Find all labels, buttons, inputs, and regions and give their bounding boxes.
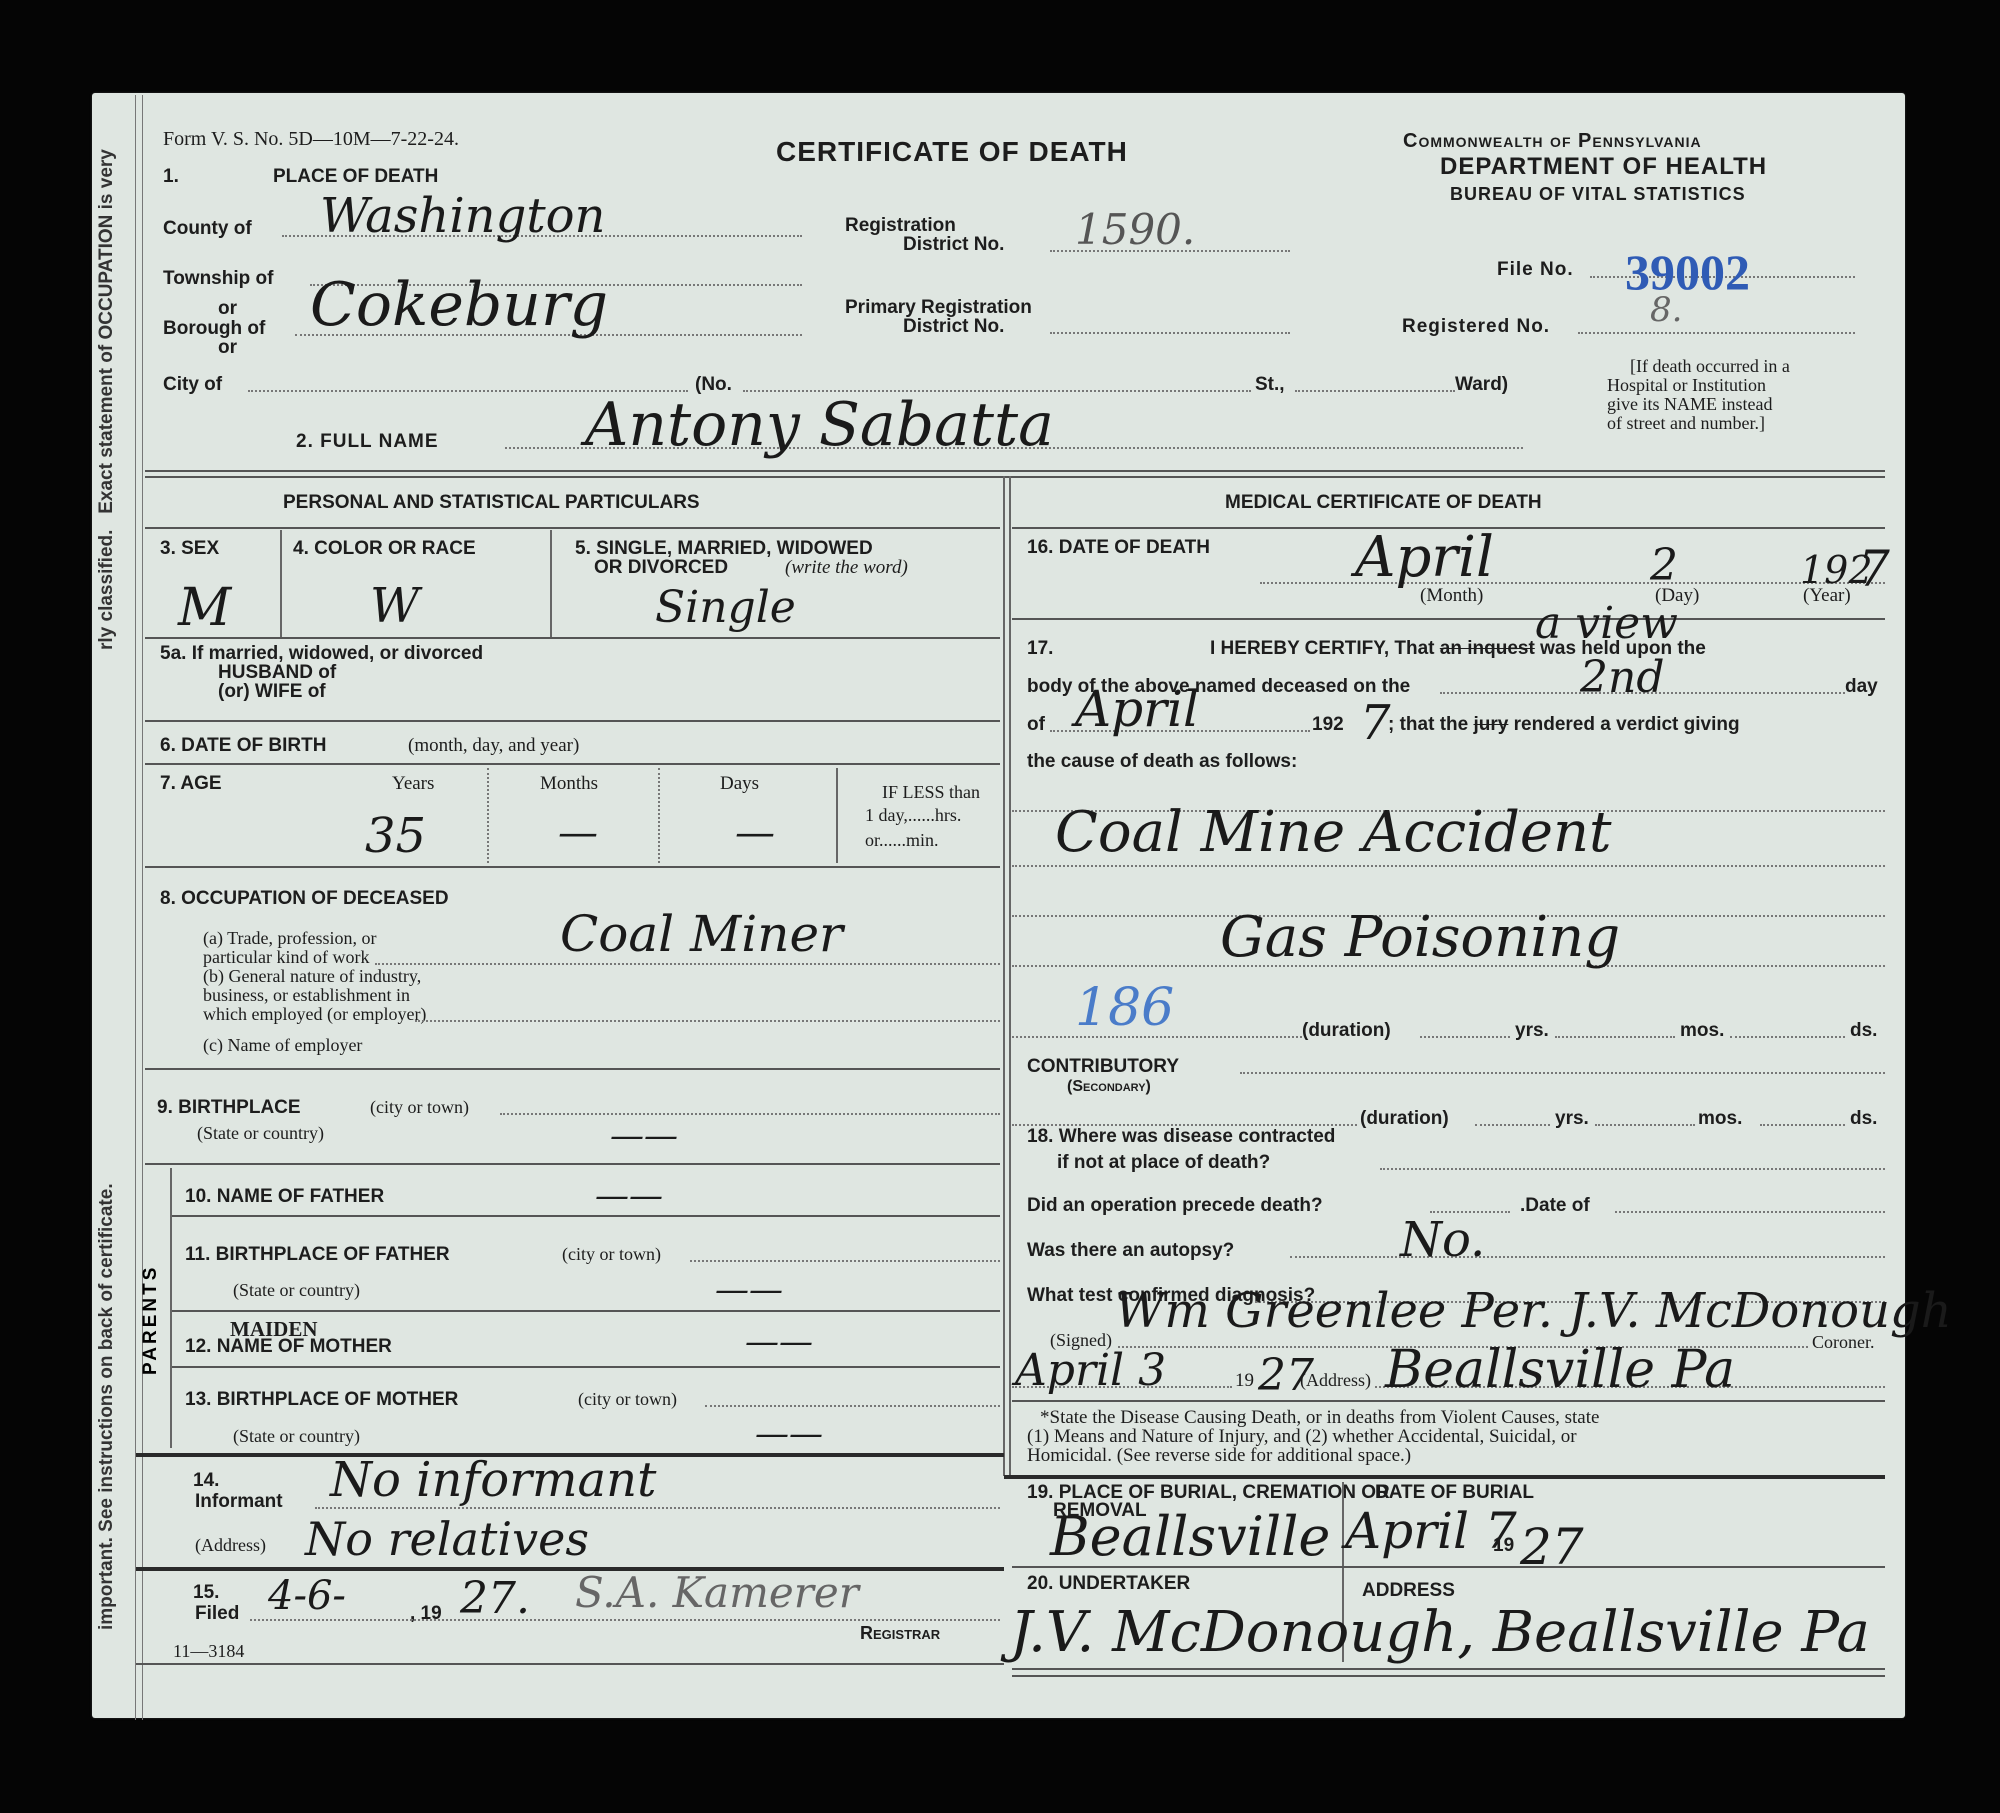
duration-line [1012, 1036, 1302, 1038]
county-label: County of [163, 218, 252, 240]
year-caption: (Year) [1803, 585, 1851, 607]
place-of-death-heading: PLACE OF DEATH [273, 166, 438, 188]
rule [145, 527, 1000, 529]
margin-note-text-1: Exact statement of OCCUPATION is very [96, 149, 117, 514]
duration-line [1595, 1124, 1695, 1126]
mother-birthplace-note: (city or town) [578, 1389, 677, 1410]
cause-line-2: Gas Poisoning [1220, 905, 1620, 970]
days-label: Days [720, 773, 759, 795]
margin-note-text: important. See instructions on back of c… [96, 1183, 117, 1630]
agency-line-2: DEPARTMENT OF HEALTH [1440, 153, 1767, 181]
father-birthplace-note: (city or town) [562, 1244, 661, 1265]
father-birthplace-value: —— [715, 1270, 783, 1310]
filed-number: 15. [193, 1582, 219, 1604]
hospital-note-3: give its NAME instead [1607, 394, 1772, 415]
rule [145, 720, 1000, 722]
signed-year-prefix: 19 [1235, 1370, 1254, 1392]
or-label-2: or [218, 337, 237, 359]
hospital-note-1: [If death occurred in a [1630, 356, 1790, 377]
father-label: 10. NAME OF FATHER [185, 1186, 384, 1208]
ward-label: Ward) [1455, 374, 1508, 396]
hospital-note-4: of street and number.] [1607, 413, 1765, 434]
struck-text: an inquest [1440, 638, 1535, 659]
operation-label: Did an operation precede death? [1027, 1195, 1323, 1217]
occupation-b-1: (b) General nature of industry, [203, 966, 421, 987]
rule [550, 530, 552, 638]
date-of-death-day: 2 [1650, 540, 1678, 591]
certify-month-value: April [1075, 680, 1199, 738]
birthplace-label: 9. BIRTHPLACE [157, 1097, 301, 1119]
township-label: Township of [163, 268, 273, 290]
date-of-death-label: 16. DATE OF DEATH [1027, 537, 1210, 559]
mother-label: 12. NAME OF MOTHER [185, 1336, 392, 1358]
marital-note: (write the word) [785, 557, 908, 579]
county-value: Washington [320, 188, 605, 244]
item-1-number: 1. [163, 166, 179, 188]
footnote-3: Homicidal. (See reverse side for additio… [1027, 1445, 1411, 1467]
rule [145, 866, 1000, 868]
race-label: 4. COLOR OR RACE [293, 538, 476, 560]
registrar-label: Registrar [860, 1623, 940, 1644]
certify-text: I HEREBY CERTIFY, That [1210, 638, 1435, 659]
rule [145, 1068, 1000, 1070]
q18-line [1380, 1168, 1885, 1170]
rule [487, 768, 489, 863]
certify-insertion: a view [1535, 598, 1678, 649]
less-than-2: 1 day,......hrs. [865, 805, 961, 826]
contributory-label: CONTRIBUTORY [1027, 1056, 1179, 1078]
q18-label-2: if not at place of death? [1057, 1152, 1270, 1174]
certify-of-label: of [1027, 714, 1045, 736]
informant-value: No informant [330, 1452, 656, 1508]
autopsy-line [1290, 1256, 1885, 1258]
birthplace-note: (city or town) [370, 1097, 469, 1118]
marital-value: Single [655, 582, 796, 633]
registrar-signature: S.A. Kamerer [575, 1568, 859, 1617]
duration-label: (duration) [1302, 1020, 1391, 1042]
margin-rule [142, 95, 143, 1720]
primary-district-label: District No. [903, 316, 1004, 338]
occupation-c: (c) Name of employer [203, 1035, 362, 1056]
mos-label: mos. [1680, 1020, 1724, 1042]
month-caption: (Month) [1420, 585, 1483, 607]
rule [145, 1163, 1000, 1165]
undertaker-value: J.V. McDonough, Beallsville Pa [1010, 1600, 1870, 1665]
margin-rule [135, 95, 136, 1720]
column-divider [1003, 476, 1005, 1476]
date-of-death-month: April [1355, 525, 1494, 590]
filed-year: 27. [460, 1573, 530, 1624]
spouse-label-3: (or) WIFE of [218, 681, 326, 703]
date-of-death-line [1260, 582, 1885, 584]
father-birthplace-line [690, 1260, 1000, 1262]
signed-address-value: Beallsville Pa [1385, 1340, 1735, 1400]
file-number-label: File No. [1497, 259, 1574, 281]
race-value: W [370, 578, 419, 634]
certify-text: ; that the [1388, 714, 1468, 735]
mother-birthplace-line [705, 1405, 1000, 1407]
sex-label: 3. SEX [160, 538, 219, 560]
registered-number-value: 8. [1650, 290, 1682, 330]
rule [1004, 1475, 1885, 1479]
q18-label-1: 18. Where was disease contracted [1027, 1126, 1335, 1148]
rule [280, 530, 282, 638]
signed-date: April 3 [1015, 1345, 1166, 1396]
age-months-value: — [558, 810, 598, 856]
filed-line [250, 1619, 1000, 1621]
certify-line-3: ; that the jury rendered a verdict givin… [1388, 714, 1740, 736]
occupation-value: Coal Miner [560, 905, 843, 963]
medical-heading: MEDICAL CERTIFICATE OF DEATH [1225, 492, 1542, 514]
father-birthplace-state: (State or country) [233, 1280, 360, 1301]
parents-label: PARENTS [140, 1265, 162, 1375]
occupation-a-1: (a) Trade, profession, or [203, 928, 376, 949]
rule [1012, 618, 1885, 620]
file-number-stamp: 39002 [1625, 243, 1750, 301]
street-label: St., [1255, 374, 1285, 396]
burial-place-value: Beallsville [1050, 1505, 1330, 1568]
dob-label: 6. DATE OF BIRTH [160, 735, 326, 757]
dob-note: (month, day, and year) [408, 735, 579, 757]
certify-number: 17. [1027, 638, 1053, 660]
rule [172, 1215, 1000, 1217]
mother-birthplace-state: (State or country) [233, 1426, 360, 1447]
city-label: City of [163, 374, 222, 396]
form-number: Form V. S. No. 5D—10M—7-22-24. [163, 128, 459, 151]
duration-line [1730, 1036, 1845, 1038]
mother-birthplace-label: 13. BIRTHPLACE OF MOTHER [185, 1389, 458, 1411]
burial-date-value: April 7 [1345, 1502, 1517, 1560]
certify-day-label: day [1845, 676, 1878, 698]
rule [172, 1366, 1000, 1368]
duration-line [1420, 1036, 1510, 1038]
agency-line-1: Commonwealth of Pennsylvania [1403, 130, 1702, 153]
registration-district-label: District No. [903, 234, 1004, 256]
birthplace-line [500, 1113, 1000, 1115]
operation-date-label: .Date of [1520, 1195, 1590, 1217]
certify-day-value: 2nd [1580, 652, 1665, 703]
months-label: Months [540, 773, 598, 795]
secondary-label: (Secondary) [1067, 1078, 1151, 1096]
autopsy-label: Was there an autopsy? [1027, 1240, 1234, 1262]
occupation-b-line [415, 1020, 1000, 1022]
borough-value: Cokeburg [310, 270, 608, 340]
mother-value: —— [745, 1322, 813, 1362]
date-of-death-year: 7 [1858, 540, 1890, 598]
contributory-line [1240, 1072, 1885, 1074]
yrs-label: yrs. [1515, 1020, 1549, 1042]
years-label: Years [392, 773, 434, 795]
autopsy-value: No. [1400, 1212, 1485, 1268]
rule [136, 1663, 1004, 1665]
duration-label-2: (duration) [1360, 1108, 1449, 1130]
coroner-label: Coroner. [1812, 1332, 1875, 1353]
form-code: 11—3184 [173, 1641, 244, 1662]
certify-year-value: 7 [1360, 695, 1391, 751]
informant-number: 14. [193, 1470, 219, 1492]
sex-value: M [178, 578, 231, 638]
rule [658, 768, 660, 863]
undertaker-label: 20. UNDERTAKER [1027, 1573, 1190, 1595]
duration-line [1760, 1124, 1845, 1126]
signed-address-label: (Address) [1300, 1370, 1371, 1391]
yrs-label-2: yrs. [1555, 1108, 1589, 1130]
page-title: CERTIFICATE OF DEATH [776, 136, 1128, 168]
rule [136, 1567, 1004, 1571]
borough-label: Borough of [163, 318, 265, 340]
occupation-b-2: business, or establishment in [203, 985, 410, 1006]
burial-date-label: DATE OF BURIAL [1375, 1482, 1534, 1504]
registered-number-label: Registered No. [1402, 316, 1550, 338]
occupation-label: 8. OCCUPATION OF DECEASED [160, 888, 449, 910]
struck-text: jury [1474, 714, 1509, 735]
or-label: or [218, 298, 237, 320]
filed-label: Filed [195, 1603, 239, 1625]
column-divider [1009, 476, 1011, 1476]
informant-label: Informant [195, 1491, 283, 1513]
age-label: 7. AGE [160, 773, 222, 795]
hospital-note-2: Hospital or Institution [1607, 375, 1766, 396]
registration-district-value: 1590. [1075, 205, 1195, 254]
rule [1012, 1566, 1885, 1568]
margin-note-prefix: rly classified. [96, 530, 117, 650]
birthplace-value: —— [610, 1116, 678, 1156]
section-divider [145, 470, 1885, 472]
informant-address-value: No relatives [305, 1512, 589, 1566]
mos-label-2: mos. [1698, 1108, 1742, 1130]
personal-heading: PERSONAL AND STATISTICAL PARTICULARS [283, 492, 700, 514]
rule [836, 768, 838, 863]
rule [170, 1168, 172, 1448]
cause-line [1012, 865, 1885, 867]
ward-line [1295, 390, 1455, 392]
margin-note-line2: important. See instructions on back of c… [96, 1183, 118, 1630]
registered-number-line [1578, 332, 1855, 334]
occupation-a-2: particular kind of work [203, 947, 369, 968]
duration-line [1555, 1036, 1675, 1038]
blue-annotation: 186 [1075, 978, 1174, 1038]
margin-note-line1: rly classified. Exact statement of OCCUP… [96, 149, 118, 650]
rule [172, 1310, 1000, 1312]
cause-line-1: Coal Mine Accident [1055, 800, 1612, 865]
full-name-label: 2. FULL NAME [296, 431, 439, 453]
coroner-signature: Wm Greenlee Per. J.V. McDonough [1115, 1283, 1952, 1339]
primary-district-line [1050, 332, 1290, 334]
operation-date-line [1615, 1211, 1885, 1213]
less-than-3: or......min. [865, 830, 939, 851]
section-divider [145, 476, 1885, 478]
certify-text: rendered a verdict giving [1514, 714, 1740, 735]
duration-line [1475, 1124, 1550, 1126]
rule [1012, 1668, 1885, 1670]
age-days-value: — [735, 810, 775, 856]
age-years-value: 35 [365, 808, 426, 864]
rule [145, 637, 1000, 639]
undertaker-address-label: ADDRESS [1362, 1580, 1455, 1602]
burial-year-prefix: 19 [1493, 1535, 1514, 1557]
certify-year-prefix: 192 [1312, 714, 1344, 736]
father-birthplace-label: 11. BIRTHPLACE OF FATHER [185, 1244, 450, 1266]
certify-line-4: the cause of death as follows: [1027, 751, 1297, 773]
agency-line-3: BUREAU OF VITAL STATISTICS [1450, 184, 1746, 205]
filed-date: 4-6- [268, 1573, 346, 1619]
father-value: —— [595, 1176, 663, 1216]
rule [145, 763, 1000, 765]
full-name-value: Antony Sabatta [585, 390, 1054, 460]
mother-birthplace-value: —— [755, 1414, 823, 1454]
filed-year-prefix: , 19 [410, 1603, 442, 1625]
occupation-line [375, 963, 1000, 965]
rule [1012, 1400, 1885, 1402]
birthplace-state-label: (State or country) [197, 1123, 324, 1144]
less-than-1: IF LESS than [882, 782, 980, 803]
ds-label-2: ds. [1850, 1108, 1877, 1130]
informant-address-label: (Address) [195, 1535, 266, 1556]
rule [1012, 1675, 1885, 1677]
marital-label-2: OR DIVORCED [594, 557, 728, 579]
ds-label: ds. [1850, 1020, 1877, 1042]
occupation-b-3: which employed (or employer) [203, 1004, 426, 1025]
